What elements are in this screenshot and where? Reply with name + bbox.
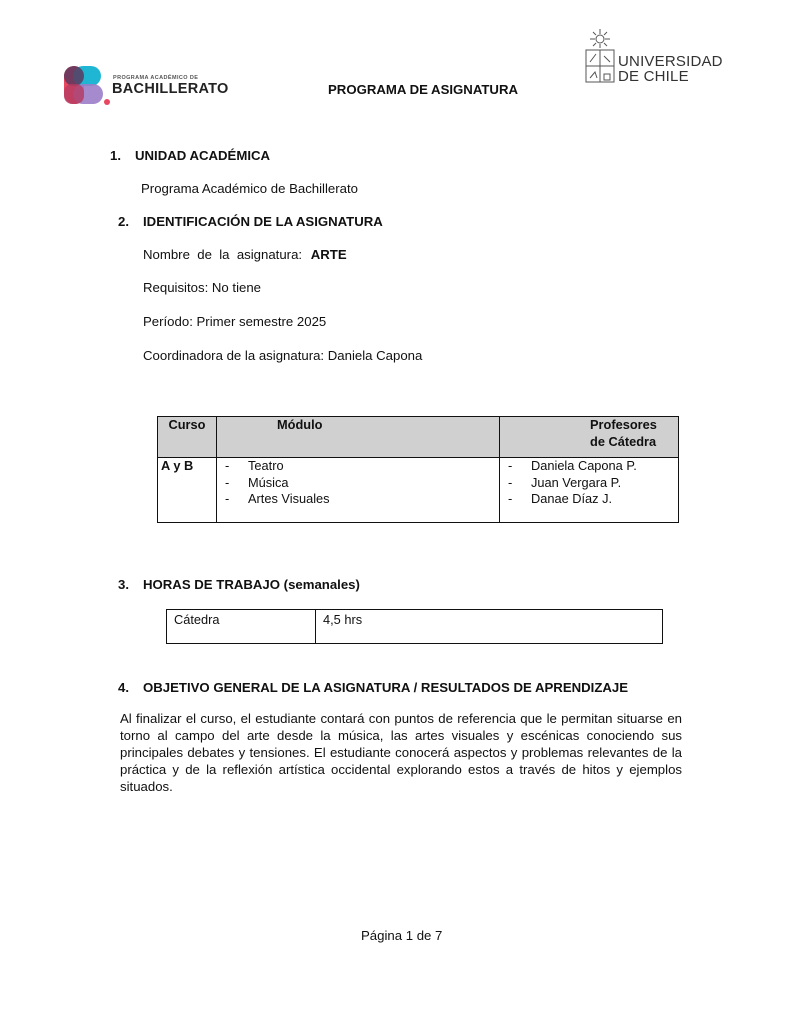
requisitos: Requisitos: No tiene [143,279,261,296]
cell-profesores: -Daniela Capona P. -Juan Vergara P. -Dan… [500,458,679,523]
cell-modulos: -Teatro -Música -Artes Visuales [217,458,500,523]
bachillerato-logo: PROGRAMA ACADÉMICO DE BACHILLERATO [63,65,233,107]
section-1-title: UNIDAD ACADÉMICA [135,147,270,164]
university-name: UNIVERSIDAD DE CHILE [618,54,723,84]
section-4-number: 4. [118,679,129,696]
section-2-number: 2. [118,213,129,230]
list-item: -Juan Vergara P. [500,475,678,492]
section-3-title: HORAS DE TRABAJO (semanales) [143,576,360,593]
hours-value: 4,5 hrs [316,610,663,644]
cell-curso: A y B [158,458,217,523]
hours-label: Cátedra [167,610,316,644]
coordinadora: Coordinadora de la asignatura: Daniela C… [143,347,422,364]
page-number: Página 1 de 7 [361,927,442,944]
periodo: Período: Primer semestre 2025 [143,313,326,330]
course-table: Curso Módulo Profesores de Cátedra A y B… [157,416,679,523]
section-1-number: 1. [110,147,121,164]
section-4-title: OBJETIVO GENERAL DE LA ASIGNATURA / RESU… [143,679,628,696]
header-profesores: Profesores de Cátedra [500,417,679,458]
table-row: A y B -Teatro -Música -Artes Visuales -D… [158,458,679,523]
table-row: Cátedra 4,5 hrs [167,610,663,644]
list-item: -Daniela Capona P. [500,458,678,475]
logo-big-text: BACHILLERATO [112,81,229,97]
section-2-title: IDENTIFICACIÓN DE LA ASIGNATURA [143,213,383,230]
course-table-header: Curso Módulo Profesores de Cátedra [158,417,679,458]
list-item: -Teatro [217,458,499,475]
list-item: -Danae Díaz J. [500,491,678,508]
header-curso: Curso [158,417,217,458]
universidad-de-chile-logo: UNIVERSIDAD DE CHILE [584,28,724,88]
list-item: -Música [217,475,499,492]
objetivo-general-paragraph: Al finalizar el curso, el estudiante con… [120,710,682,795]
nombre-asignatura: Nombre de la asignatura: ARTE [143,246,347,263]
university-crest-icon [584,28,616,86]
list-item: -Artes Visuales [217,491,499,508]
nombre-label: Nombre de la asignatura: [143,247,302,262]
document-title: PROGRAMA DE ASIGNATURA [328,81,518,98]
section-3-number: 3. [118,576,129,593]
bachillerato-mark-icon [63,65,111,107]
nombre-value: ARTE [311,247,347,262]
hours-table: Cátedra 4,5 hrs [166,609,663,644]
header-modulo: Módulo [217,417,500,458]
unidad-academica-value: Programa Académico de Bachillerato [141,180,358,197]
